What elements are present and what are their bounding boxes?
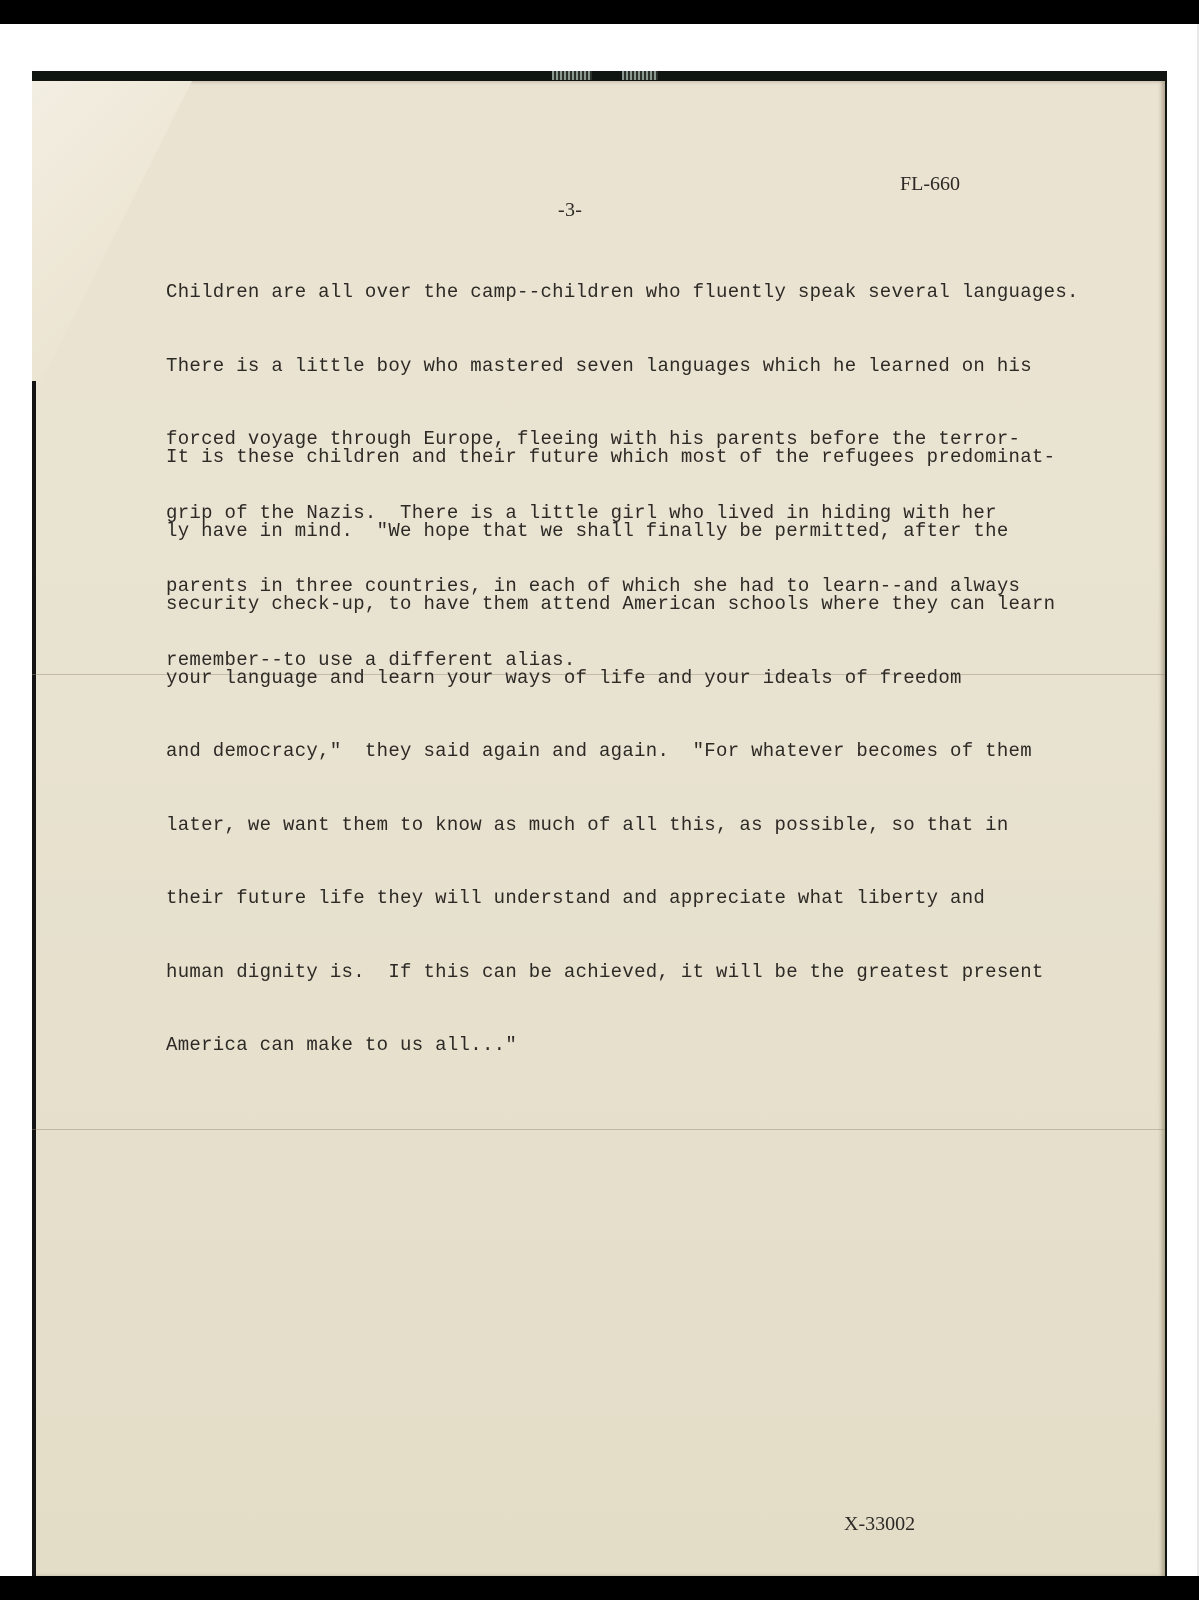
top-black-bar xyxy=(0,0,1199,24)
scan-frame: FL-660 -3- Children are all over the cam… xyxy=(0,24,1199,1576)
text-line: your language and learn your ways of lif… xyxy=(166,666,1055,691)
text-line: It is these children and their future wh… xyxy=(166,445,1055,470)
text-line: America can make to us all..." xyxy=(166,1033,1055,1058)
text-line: their future life they will understand a… xyxy=(166,886,1055,911)
text-line: There is a little boy who mastered seven… xyxy=(166,354,1079,379)
scanner-artifact xyxy=(622,71,658,80)
text-line: later, we want them to know as much of a… xyxy=(166,813,1055,838)
paragraph-2: It is these children and their future wh… xyxy=(166,396,1055,1107)
document-page: FL-660 -3- Children are all over the cam… xyxy=(32,81,1165,1577)
fold-crease xyxy=(32,1129,1165,1130)
text-line: security check-up, to have them attend A… xyxy=(166,592,1055,617)
text-line: ly have in mind. "We hope that we shall … xyxy=(166,519,1055,544)
text-line: and democracy," they said again and agai… xyxy=(166,739,1055,764)
text-line: Children are all over the camp--children… xyxy=(166,280,1079,305)
scanner-artifact xyxy=(552,71,592,80)
document-code: FL-660 xyxy=(900,173,960,196)
page-edge-shadow xyxy=(32,381,36,1577)
scanned-page: FL-660 -3- Children are all over the cam… xyxy=(32,71,1167,1577)
bottom-black-bar xyxy=(0,1576,1199,1600)
footer-code: X-33002 xyxy=(844,1513,915,1536)
text-line: human dignity is. If this can be achieve… xyxy=(166,960,1055,985)
page-number: -3- xyxy=(558,199,582,222)
